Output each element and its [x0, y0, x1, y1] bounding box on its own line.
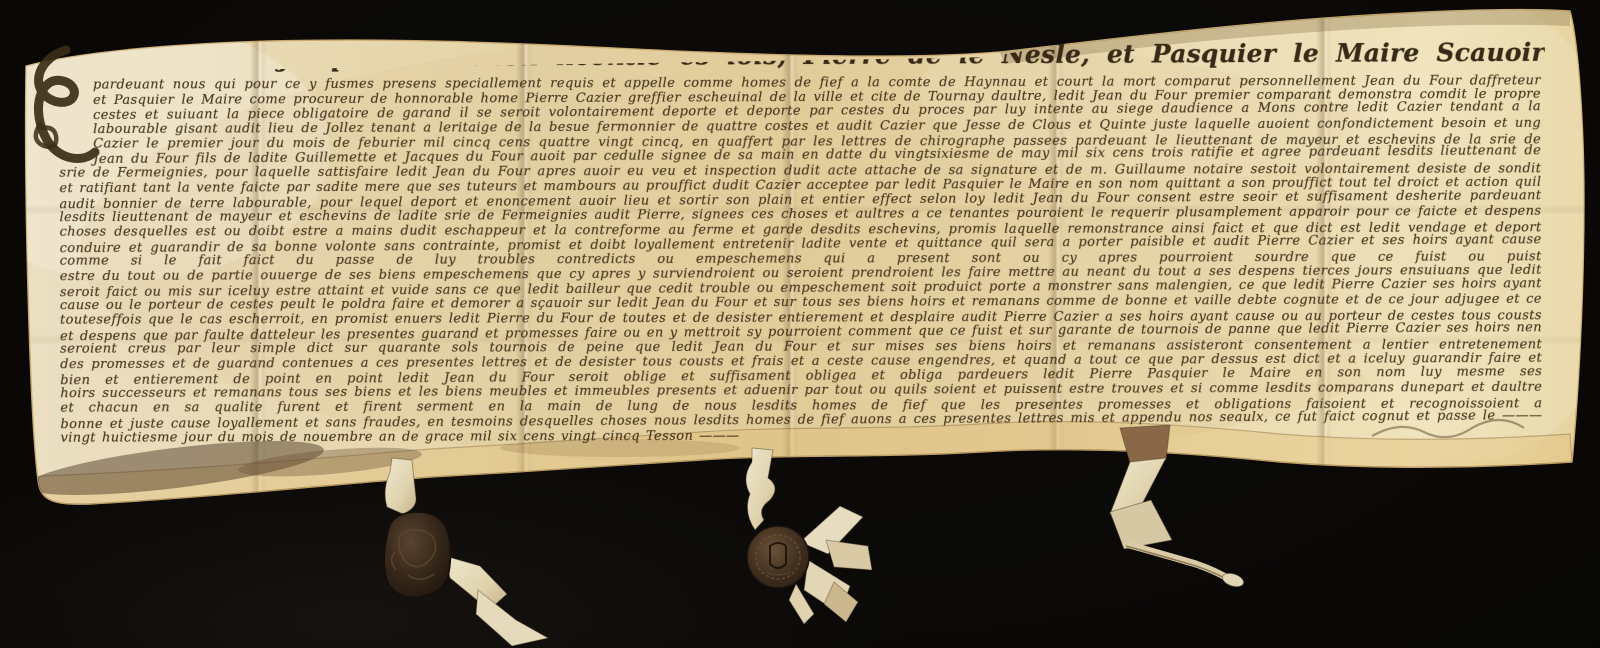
pendant-seal-left	[384, 458, 548, 646]
seal-tag	[445, 556, 507, 610]
dark-wax-seal	[384, 512, 450, 597]
manuscript-body: pardeuant nous qui pour ce y fusmes pres…	[59, 73, 1543, 447]
photograph-of-parchment-charter: Nous Mre Jacques Planchon licentie es lo…	[0, 0, 1600, 648]
pendant-seal-middle	[746, 448, 872, 624]
seal-tag	[476, 590, 548, 646]
tag-strand	[1126, 544, 1229, 579]
